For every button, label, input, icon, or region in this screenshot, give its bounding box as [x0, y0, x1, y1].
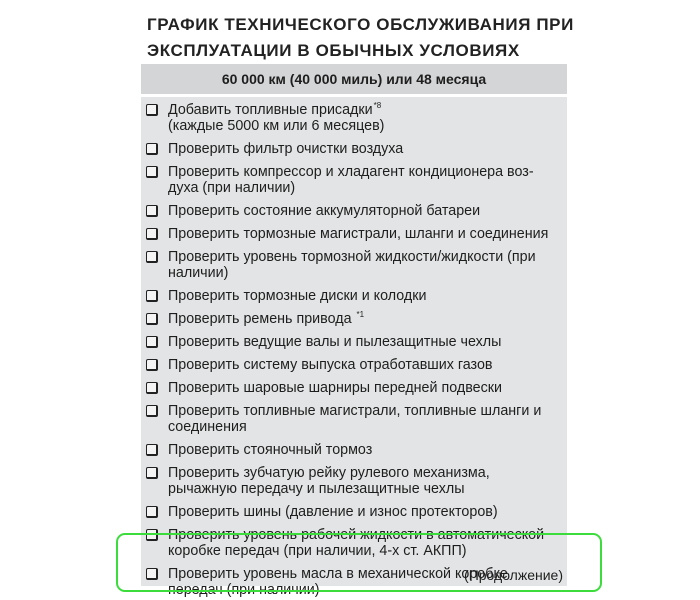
item-subtext: (каждые 5000 км или 6 месяцев)	[168, 118, 384, 134]
checklist-item-ball-joints: Проверить шаровые шарниры передней подве…	[141, 380, 567, 396]
checkbox-icon[interactable]	[146, 166, 158, 178]
item-label: Проверить состояние аккумуляторной батар…	[168, 203, 480, 219]
item-label: Проверить стояночный тормоз	[168, 442, 372, 458]
checkbox-icon[interactable]	[146, 359, 158, 371]
maintenance-panel: 60 000 км (40 000 миль) или 48 месяца До…	[141, 64, 567, 586]
checkbox-icon[interactable]	[146, 313, 158, 325]
checklist-item-atf-level: Проверить уровень рабочей жидкости в авт…	[141, 527, 567, 559]
checklist-item-steering-rack: Проверить зубчатую рейку рулевого механи…	[141, 465, 567, 497]
checklist-item-fuel-additives: Добавить топливные присадки*8 (каждые 50…	[141, 102, 567, 134]
checklist-item-air-filter: Проверить фильтр очистки воздуха	[141, 141, 567, 157]
footnote-ref: *8	[374, 101, 382, 110]
checkbox-icon[interactable]	[146, 568, 158, 580]
checklist-item-exhaust: Проверить систему выпуска отработавших г…	[141, 357, 567, 373]
page-title: ГРАФИК ТЕХНИЧЕСКОГО ОБСЛУЖИВАНИЯ ПРИ ЭКС…	[147, 12, 577, 64]
item-label: Проверить компрессор и хладагент кондици…	[168, 164, 534, 196]
checkbox-icon[interactable]	[146, 506, 158, 518]
checkbox-icon[interactable]	[146, 444, 158, 456]
checkbox-icon[interactable]	[146, 336, 158, 348]
item-label: Проверить фильтр очистки воздуха	[168, 141, 403, 157]
checklist-item-brake-discs: Проверить тормозные диски и колодки	[141, 288, 567, 304]
item-label: Проверить уровень масла в механической к…	[168, 566, 508, 598]
item-label: Проверить тормозные диски и колодки	[168, 288, 426, 304]
item-label: Проверить шаровые шарниры передней подве…	[168, 380, 502, 396]
continuation-note: (Продолжение)	[464, 567, 563, 583]
checkbox-icon[interactable]	[146, 251, 158, 263]
checkbox-icon[interactable]	[146, 205, 158, 217]
checkbox-icon[interactable]	[146, 529, 158, 541]
footnote-ref: *1	[357, 310, 365, 319]
checkbox-icon[interactable]	[146, 104, 158, 116]
checkbox-icon[interactable]	[146, 143, 158, 155]
checkbox-icon[interactable]	[146, 405, 158, 417]
title-line-2: ЭКСПЛУАТАЦИИ В ОБЫЧНЫХ УСЛОВИЯХ	[147, 41, 520, 60]
item-label: Проверить зубчатую рейку рулевого механи…	[168, 465, 490, 497]
item-label: Проверить уровень тормозной жидкости/жид…	[168, 249, 536, 281]
checklist-item-brake-lines: Проверить тормозные магистрали, шланги и…	[141, 226, 567, 242]
interval-header: 60 000 км (40 000 миль) или 48 месяца	[141, 64, 567, 97]
checklist-item-parking-brake: Проверить стояночный тормоз	[141, 442, 567, 458]
checklist-item-fuel-lines: Проверить топливные магистрали, топливны…	[141, 403, 567, 435]
item-label: Проверить ведущие валы и пылезащитные че…	[168, 334, 501, 350]
checklist: Добавить топливные присадки*8 (каждые 50…	[141, 97, 567, 598]
checklist-item-battery: Проверить состояние аккумуляторной батар…	[141, 203, 567, 219]
item-label: Проверить ремень привода	[168, 311, 352, 327]
item-label: Проверить уровень рабочей жидкости в авт…	[168, 527, 544, 559]
title-line-1: ГРАФИК ТЕХНИЧЕСКОГО ОБСЛУЖИВАНИЯ ПРИ	[147, 15, 574, 34]
checkbox-icon[interactable]	[146, 228, 158, 240]
item-label: Проверить тормозные магистрали, шланги и…	[168, 226, 548, 242]
checkbox-icon[interactable]	[146, 290, 158, 302]
checkbox-icon[interactable]	[146, 382, 158, 394]
checkbox-icon[interactable]	[146, 467, 158, 479]
checklist-item-drive-belt: Проверить ремень привода*1	[141, 311, 567, 327]
checklist-item-tires: Проверить шины (давление и износ протект…	[141, 504, 567, 520]
item-label: Добавить топливные присадки	[168, 102, 373, 118]
item-label: Проверить шины (давление и износ протект…	[168, 504, 498, 520]
item-label: Проверить топливные магистрали, топливны…	[168, 403, 541, 435]
checklist-item-ac-compressor: Проверить компрессор и хладагент кондици…	[141, 164, 567, 196]
checklist-item-brake-fluid: Проверить уровень тормозной жидкости/жид…	[141, 249, 567, 281]
checklist-item-drive-shafts: Проверить ведущие валы и пылезащитные че…	[141, 334, 567, 350]
item-label: Проверить систему выпуска отработавших г…	[168, 357, 493, 373]
